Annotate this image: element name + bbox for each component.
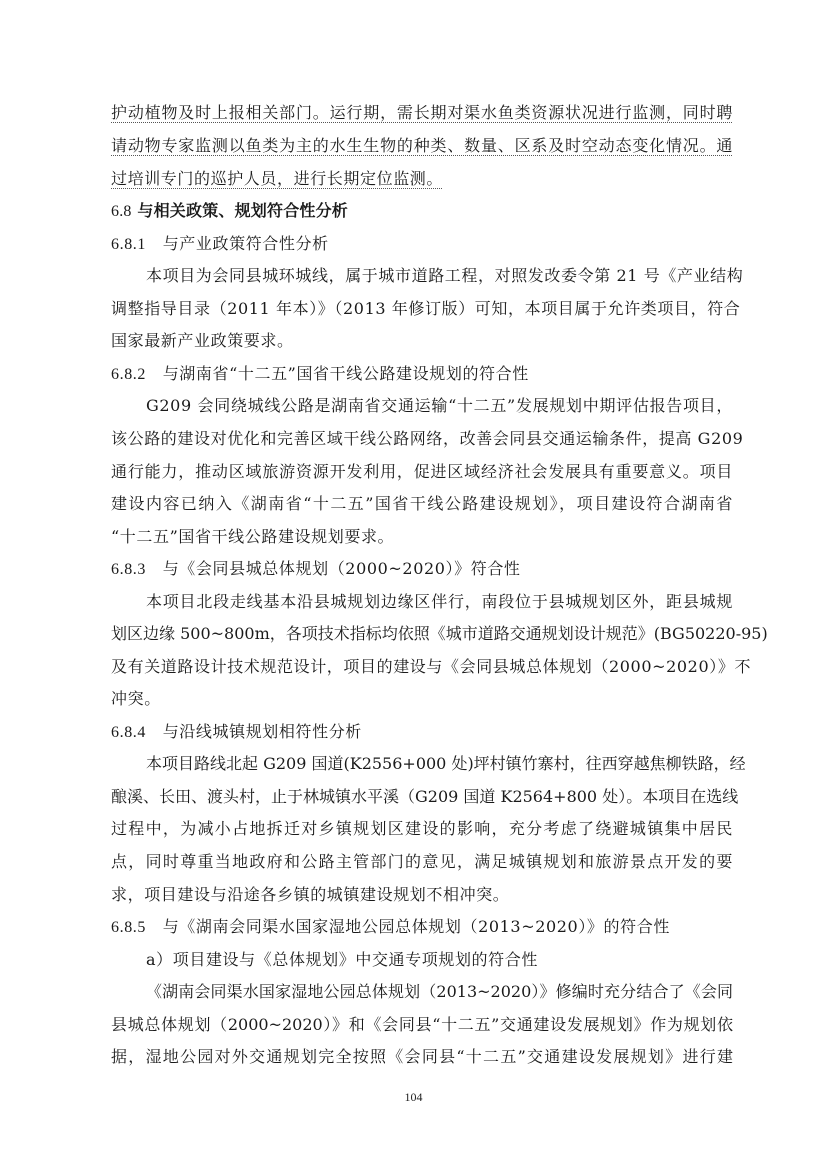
paragraph-line: 冲突。 xyxy=(111,685,733,713)
subsection-heading-6-8-2: 6.8.2 与湖南省“十二五”国省干线公路建设规划的符合性 xyxy=(111,360,733,388)
body-line-underlined: 过培训专门的巡护人员，进行长期定位监测。 xyxy=(111,165,733,193)
subsection-number: 6.8.2 xyxy=(111,361,157,389)
paragraph-line: 该公路的建设对优化和完善区域干线公路网络，改善会同县交通运输条件，提高 G209 xyxy=(111,425,733,453)
paragraph-line: 建设内容已纳入《湖南省“十二五”国省干线公路建设规划》，项目建设符合湖南省 xyxy=(111,490,733,518)
paragraph-line: 酿溪、长田、渡头村，止于林城镇水平溪（G209 国道 K2564+800 处）。… xyxy=(111,783,733,811)
subsection-number: 6.8.3 xyxy=(111,556,157,584)
subsection-number: 6.8.4 xyxy=(111,719,157,747)
subsection-title: 与产业政策符合性分析 xyxy=(163,234,329,253)
section-number: 6.8 xyxy=(111,203,132,220)
paragraph-line: 点，同时尊重当地政府和公路主管部门的意见，满足城镇规划和旅游景点开发的要 xyxy=(111,848,733,876)
subsection-heading-6-8-5: 6.8.5 与《湖南会同渠水国家湿地公园总体规划（2013~2020）》的符合性 xyxy=(111,913,733,941)
subsection-number: 6.8.5 xyxy=(111,914,157,942)
paragraph-line: 县城总体规划（2000~2020）》和《会同县“十二五”交通建设发展规划》作为规… xyxy=(111,1011,733,1039)
body-line-underlined: 请动物专家监测以鱼类为主的水生生物的种类、数量、区系及时空动态变化情况。通 xyxy=(111,132,733,160)
paragraph-line: 国家最新产业政策要求。 xyxy=(111,327,733,355)
paragraph-first-line: 《湖南会同渠水国家湿地公园总体规划（2013~2020）》修编时充分结合了《会同 xyxy=(146,978,733,1006)
subsection-heading-6-8-3: 6.8.3 与《会同县城总体规划（2000~2020）》符合性 xyxy=(111,555,733,583)
paragraph-line: 划区边缘 500~800m，各项技术指标均依照《城市道路交通规划设计规范》(BG… xyxy=(111,620,733,648)
subsection-heading-6-8-1: 6.8.1 与产业政策符合性分析 xyxy=(111,230,733,258)
paragraph-first-line: 本项目为会同县城环城线，属于城市道路工程，对照发改委令第 21 号《产业结构 xyxy=(146,262,733,290)
paragraph-line: 调整指导目录（2011 年本）》（2013 年修订版）可知，本项目属于允许类项目… xyxy=(111,295,733,323)
document-page: 护动植物及时上报相关部门。运行期，需长期对渠水鱼类资源状况进行监测，同时聘 请动… xyxy=(0,0,827,1169)
paragraph-first-line: 本项目北段走线基本沿县城规划边缘区伴行，南段位于县城规划区外，距县城规 xyxy=(146,588,733,616)
subsection-title: 与《湖南会同渠水国家湿地公园总体规划（2013~2020）》的符合性 xyxy=(163,917,670,936)
paragraph-first-line: G209 会同绕城线公路是湖南省交通运输“十二五”发展规划中期评估报告项目， xyxy=(146,392,733,420)
paragraph-line: 据，湿地公园对外交通规划完全按照《会同县“十二五”交通建设发展规划》进行建 xyxy=(111,1043,733,1071)
underlined-text: 请动物专家监测以鱼类为主的水生生物的种类、数量、区系及时空动态变化情况。通 xyxy=(111,136,733,155)
underlined-text: 过培训专门的巡护人员，进行长期定位监测。 xyxy=(111,169,443,188)
subsection-heading-6-8-4: 6.8.4 与沿线城镇规划相符性分析 xyxy=(111,718,733,746)
paragraph-line: 通行能力，推动区域旅游资源开发利用，促进区域经济社会发展具有重要意义。项目 xyxy=(111,458,733,486)
subsection-title: 与沿线城镇规划相符性分析 xyxy=(163,722,362,741)
paragraph-line: “十二五”国省干线公路建设规划要求。 xyxy=(111,523,733,551)
section-heading-6-8: 6.8 与相关政策、规划符合性分析 xyxy=(111,197,733,225)
subsection-title: 与《会同县城总体规划（2000~2020）》符合性 xyxy=(163,559,521,578)
section-title: 与相关政策、规划符合性分析 xyxy=(137,201,348,220)
subsection-number: 6.8.1 xyxy=(111,231,157,259)
list-item-a: a）项目建设与《总体规划》中交通专项规划的符合性 xyxy=(146,946,733,974)
page-number: 104 xyxy=(0,1090,827,1105)
underlined-text: 护动植物及时上报相关部门。运行期，需长期对渠水鱼类资源状况进行监测，同时聘 xyxy=(111,103,733,122)
paragraph-line: 求，项目建设与沿途各乡镇的城镇建设规划不相冲突。 xyxy=(111,881,733,909)
paragraph-first-line: 本项目路线北起 G209 国道(K2556+000 处)坪村镇竹寨村，往西穿越焦… xyxy=(146,750,733,778)
paragraph-line: 过程中，为减小占地拆迁对乡镇规划区建设的影响，充分考虑了绕避城镇集中居民 xyxy=(111,815,733,843)
body-line-underlined: 护动植物及时上报相关部门。运行期，需长期对渠水鱼类资源状况进行监测，同时聘 xyxy=(111,99,733,127)
paragraph-line: 及有关道路设计技术规范设计，项目的建设与《会同县城总体规划（2000~2020）… xyxy=(111,653,733,681)
subsection-title: 与湖南省“十二五”国省干线公路建设规划的符合性 xyxy=(163,364,529,383)
